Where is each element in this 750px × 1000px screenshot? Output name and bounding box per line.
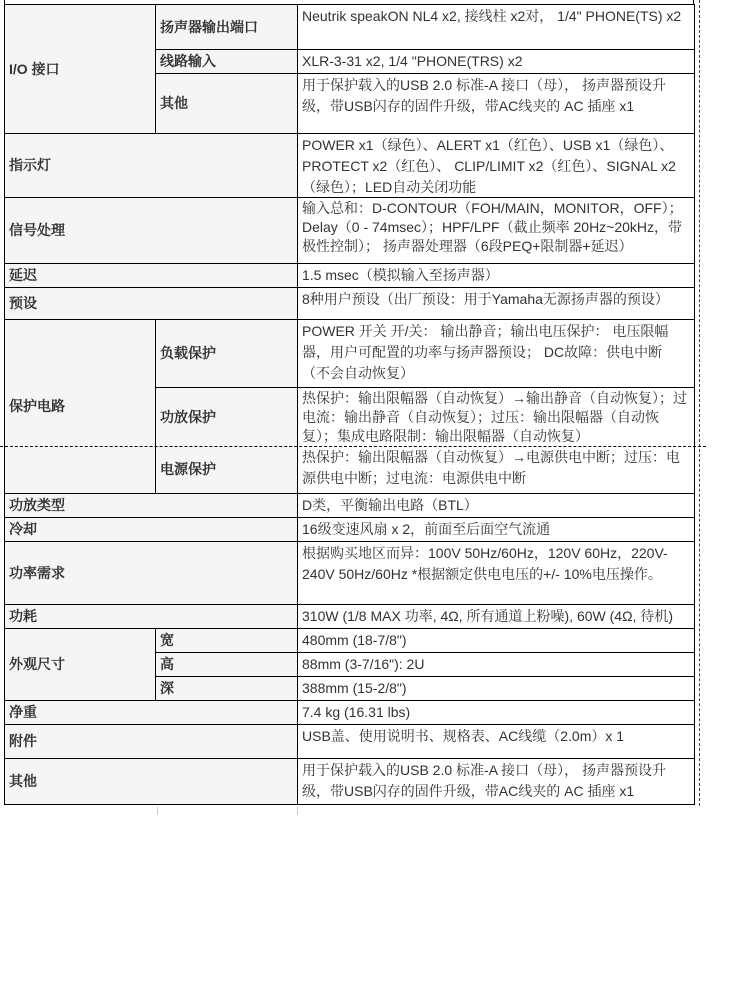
value-text: 1.5 msec（模拟输入至扬声器） xyxy=(302,265,690,284)
value-cell: 热保护：输出限幅器（自动恢复）→电源供电中断；过压：电源供电中断；过电流：电源供… xyxy=(297,446,694,493)
sublabel-cell-load-protect: 负载保护 xyxy=(155,319,297,387)
value-text: 热保护：输出限幅器（自动恢复）→电源供电中断；过压：电源供电中断；过电流：电源供… xyxy=(302,447,690,491)
sublabel-cell-line-input: 线路输入 xyxy=(155,49,297,73)
sublabel-cell-depth: 深 xyxy=(155,676,297,700)
value-text: 388mm (15-2/8") xyxy=(302,678,690,696)
table-row: 净重 7.4 kg (16.31 lbs) xyxy=(4,700,694,724)
value-text: 310W (1/8 MAX 功率, 4Ω, 所有通道上粉噪), 60W (4Ω,… xyxy=(302,606,690,626)
value-cell: 310W (1/8 MAX 功率, 4Ω, 所有通道上粉噪), 60W (4Ω,… xyxy=(297,604,694,628)
value-text: 用于保护载入的USB 2.0 标准-A 接口（母）， 扬声器预设升级，带USB闪… xyxy=(302,75,690,132)
category-cell-presets: 预设 xyxy=(4,287,297,319)
category-cell-io: I/O 接口 xyxy=(4,4,155,133)
value-cell: 用于保护载入的USB 2.0 标准-A 接口（母）， 扬声器预设升级，带USB闪… xyxy=(297,758,694,804)
table-row: 信号处理 输入总和：D-CONTOUR（FOH/MAIN，MONITOR，OFF… xyxy=(4,197,694,263)
sublabel-cell-amp-protect: 功放保护 xyxy=(155,387,297,446)
value-cell: 480mm (18-7/8") xyxy=(297,628,694,652)
value-text: 480mm (18-7/8") xyxy=(302,630,690,648)
value-cell: 热保护：输出限幅器（自动恢复）→输出静音（自动恢复）；过电流：输出静音（自动恢复… xyxy=(297,387,694,446)
value-text: 用于保护载入的USB 2.0 标准-A 接口（母）， 扬声器预设升级，带USB闪… xyxy=(302,760,690,803)
table-row: 其他 用于保护载入的USB 2.0 标准-A 接口（母）， 扬声器预设升级，带U… xyxy=(4,758,694,804)
table-row: 延迟 1.5 msec（模拟输入至扬声器） xyxy=(4,263,694,287)
category-cell-other: 其他 xyxy=(4,758,297,804)
spec-table: I/O 接口 扬声器输出端口 Neutrik speakON NL4 x2, 接… xyxy=(4,4,695,805)
value-text: 7.4 kg (16.31 lbs) xyxy=(302,702,690,721)
value-cell: Neutrik speakON NL4 x2, 接线柱 x2对， 1/4" PH… xyxy=(297,4,694,49)
value-text: 输入总和：D-CONTOUR（FOH/MAIN，MONITOR，OFF）；Del… xyxy=(302,199,690,262)
value-text: Neutrik speakON NL4 x2, 接线柱 x2对， 1/4" PH… xyxy=(302,6,690,48)
table-row: 功率需求 根据购买地区而异：100V 50Hz/60Hz，120V 60Hz，2… xyxy=(4,541,694,604)
value-text: POWER 开关 开/关： 输出静音；输出电压保护： 电压限幅器，用户可配置的功… xyxy=(302,321,690,386)
value-cell: XLR-3-31 x2, 1/4 "PHONE(TRS) x2 xyxy=(297,49,694,73)
table-row: 保护电路 负载保护 POWER 开关 开/关： 输出静音；输出电压保护： 电压限… xyxy=(4,319,694,387)
value-cell: 7.4 kg (16.31 lbs) xyxy=(297,700,694,724)
value-text: USB盖、使用说明书、规格表、AC线缆（2.0m）x 1 xyxy=(302,726,690,757)
category-cell-delay: 延迟 xyxy=(4,263,297,287)
value-cell: 8种用户预设（出厂预设：用于Yamaha无源扬声器的预设） xyxy=(297,287,694,319)
value-cell: 388mm (15-2/8") xyxy=(297,676,694,700)
category-cell-power-requirements: 功率需求 xyxy=(4,541,297,604)
category-cell-protection: 保护电路 xyxy=(4,319,155,493)
value-cell: POWER x1（绿色）、ALERT x1（红色）、USB x1（绿色）、PRO… xyxy=(297,133,694,197)
table-row: 预设 8种用户预设（出厂预设：用于Yamaha无源扬声器的预设） xyxy=(4,287,694,319)
bottom-gridline-tick xyxy=(297,807,298,815)
value-cell: 根据购买地区而异：100V 50Hz/60Hz，120V 60Hz，220V-2… xyxy=(297,541,694,604)
category-cell-cooling: 冷却 xyxy=(4,517,297,541)
category-cell-power-consumption: 功耗 xyxy=(4,604,297,628)
table-row: 附件 USB盖、使用说明书、规格表、AC线缆（2.0m）x 1 xyxy=(4,724,694,758)
bottom-gridline-tick xyxy=(157,807,158,815)
value-text: POWER x1（绿色）、ALERT x1（红色）、USB x1（绿色）、PRO… xyxy=(302,135,690,196)
value-text: 88mm (3-7/16"): 2U xyxy=(302,654,690,672)
value-cell: 1.5 msec（模拟输入至扬声器） xyxy=(297,263,694,287)
table-row: I/O 接口 扬声器输出端口 Neutrik speakON NL4 x2, 接… xyxy=(4,4,694,49)
value-cell: POWER 开关 开/关： 输出静音；输出电压保护： 电压限幅器，用户可配置的功… xyxy=(297,319,694,387)
category-cell-net-weight: 净重 xyxy=(4,700,297,724)
value-cell: 88mm (3-7/16"): 2U xyxy=(297,652,694,676)
table-row: 冷却 16级变速风扇 x 2，前面至后面空气流通 xyxy=(4,517,694,541)
category-cell-dimensions: 外观尺寸 xyxy=(4,628,155,700)
value-text: 16级变速风扇 x 2，前面至后面空气流通 xyxy=(302,519,690,539)
value-text: XLR-3-31 x2, 1/4 "PHONE(TRS) x2 xyxy=(302,51,690,69)
table-row: 指示灯 POWER x1（绿色）、ALERT x1（红色）、USB x1（绿色）… xyxy=(4,133,694,197)
value-cell: D类，平衡输出电路（BTL） xyxy=(297,493,694,517)
table-row: 功耗 310W (1/8 MAX 功率, 4Ω, 所有通道上粉噪), 60W (… xyxy=(4,604,694,628)
sublabel-cell-width: 宽 xyxy=(155,628,297,652)
category-cell-indicators: 指示灯 xyxy=(4,133,297,197)
category-cell-accessories: 附件 xyxy=(4,724,297,758)
page-break-dashed-line xyxy=(0,446,706,447)
sublabel-cell-height: 高 xyxy=(155,652,297,676)
value-cell: 16级变速风扇 x 2，前面至后面空气流通 xyxy=(297,517,694,541)
sublabel-cell-speaker-out: 扬声器输出端口 xyxy=(155,4,297,49)
value-cell: USB盖、使用说明书、规格表、AC线缆（2.0m）x 1 xyxy=(297,724,694,758)
value-text: 8种用户预设（出厂预设：用于Yamaha无源扬声器的预设） xyxy=(302,289,690,318)
value-text: D类，平衡输出电路（BTL） xyxy=(302,495,690,514)
table-row: 功放类型 D类，平衡输出电路（BTL） xyxy=(4,493,694,517)
page-edge-dashed-line xyxy=(699,0,700,806)
value-text: 热保护：输出限幅器（自动恢复）→输出静音（自动恢复）；过电流：输出静音（自动恢复… xyxy=(302,389,690,445)
value-cell: 用于保护载入的USB 2.0 标准-A 接口（母）， 扬声器预设升级，带USB闪… xyxy=(297,73,694,133)
category-cell-signal-processing: 信号处理 xyxy=(4,197,297,263)
table-row: 外观尺寸 宽 480mm (18-7/8") xyxy=(4,628,694,652)
sublabel-cell-psu-protect: 电源保护 xyxy=(155,446,297,493)
sublabel-cell-io-other: 其他 xyxy=(155,73,297,133)
value-text: 根据购买地区而异：100V 50Hz/60Hz，120V 60Hz，220V-2… xyxy=(302,543,690,603)
value-cell: 输入总和：D-CONTOUR（FOH/MAIN，MONITOR，OFF）；Del… xyxy=(297,197,694,263)
category-cell-amp-type: 功放类型 xyxy=(4,493,297,517)
